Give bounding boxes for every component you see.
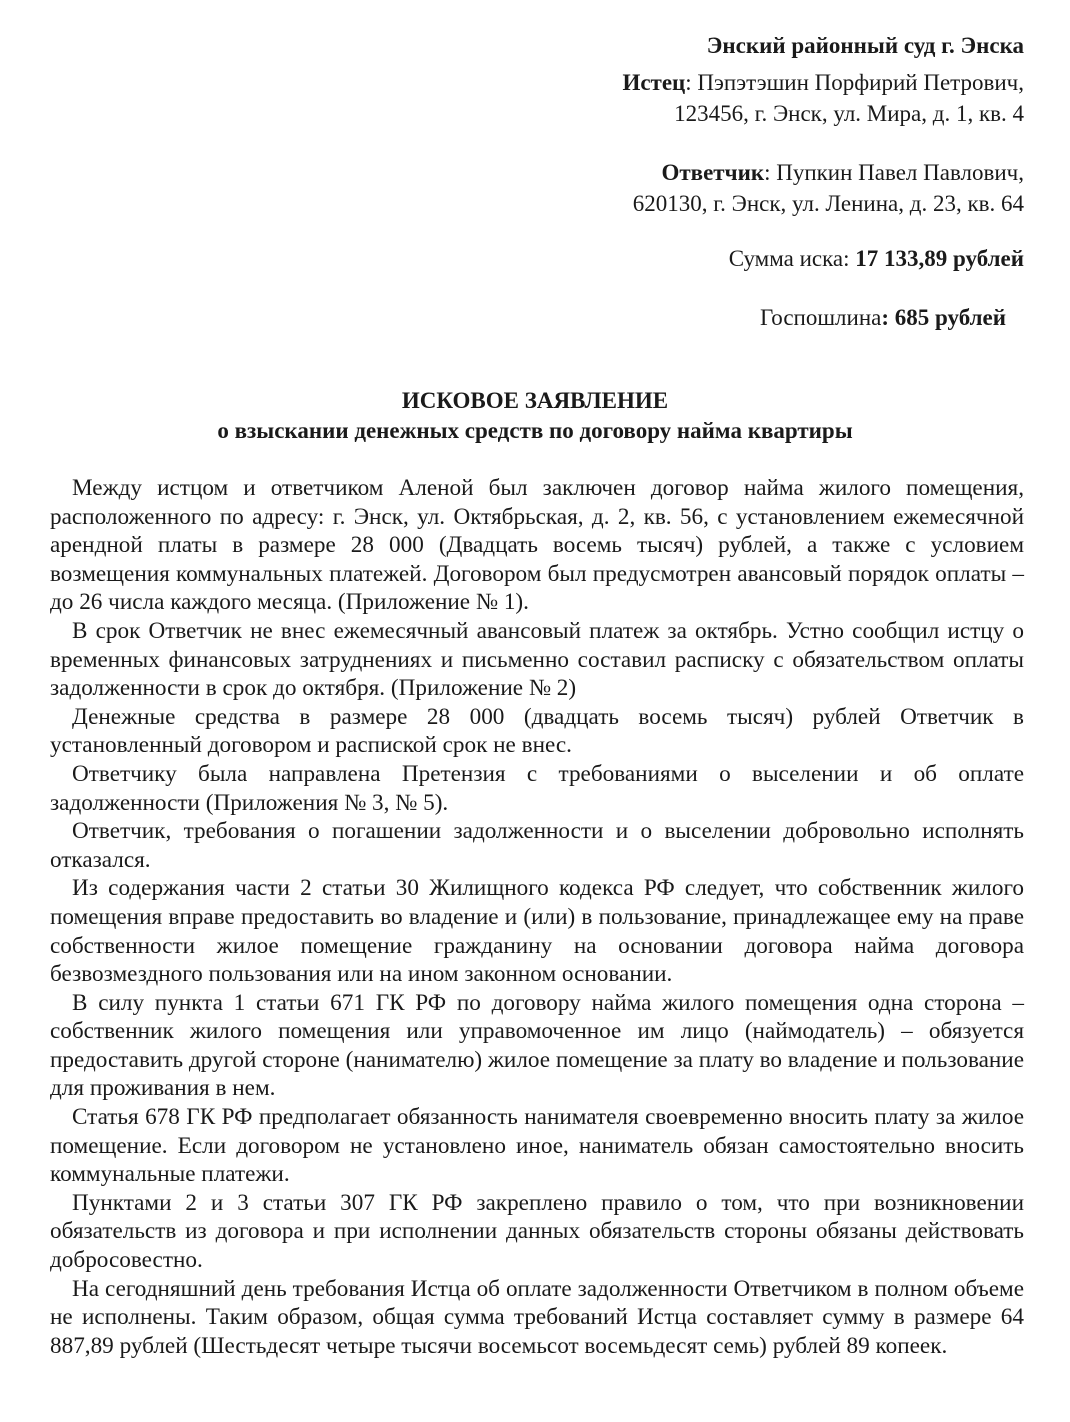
paragraph: На сегодняшний день требования Истца об … bbox=[50, 1275, 1024, 1361]
defendant-name: : Пупкин Павел Павлович, bbox=[764, 160, 1024, 185]
paragraph: Между истцом и ответчиком Аленой был зак… bbox=[50, 474, 1024, 617]
title-subtitle: о взыскании денежных средств по договору… bbox=[0, 416, 1070, 446]
document-header: Энский районный суд г. Энска Истец: Пэпэ… bbox=[424, 30, 1024, 333]
claim-sum-value: 17 133,89 рублей bbox=[855, 246, 1024, 271]
plaintiff-line: Истец: Пэпэтэшин Порфирий Петрович, bbox=[424, 67, 1024, 98]
paragraph: Ответчик, требования о погашении задолже… bbox=[50, 817, 1024, 874]
paragraph: Денежные средства в размере 28 000 (двад… bbox=[50, 703, 1024, 760]
plaintiff-name: : Пэпэтэшин Порфирий Петрович, bbox=[685, 70, 1024, 95]
title-main: ИСКОВОЕ ЗАЯВЛЕНИЕ bbox=[0, 386, 1070, 416]
paragraph: В силу пункта 1 статьи 671 ГК РФ по дого… bbox=[50, 989, 1024, 1103]
fee-line: Госпошлина: 685 рублей bbox=[424, 302, 1024, 333]
claim-sum-line: Сумма иска: 17 133,89 рублей bbox=[424, 243, 1024, 274]
plaintiff-label: Истец bbox=[622, 70, 685, 95]
fee-label: Госпошлина bbox=[760, 305, 881, 330]
defendant-address: 620130, г. Энск, ул. Ленина, д. 23, кв. … bbox=[424, 188, 1024, 219]
court-name: Энский районный суд г. Энска bbox=[424, 30, 1024, 61]
paragraph: В срок Ответчик не внес ежемесячный аван… bbox=[50, 617, 1024, 703]
paragraph: Ответчику была направлена Претензия с тр… bbox=[50, 760, 1024, 817]
fee-value: : 685 рублей bbox=[881, 305, 1006, 330]
paragraph: Пунктами 2 и 3 статьи 307 ГК РФ закрепле… bbox=[50, 1189, 1024, 1275]
plaintiff-address: 123456, г. Энск, ул. Мира, д. 1, кв. 4 bbox=[424, 98, 1024, 129]
paragraph: Из содержания части 2 статьи 30 Жилищног… bbox=[50, 874, 1024, 988]
defendant-label: Ответчик bbox=[661, 160, 764, 185]
paragraph: Статья 678 ГК РФ предполагает обязанност… bbox=[50, 1103, 1024, 1189]
document-title: ИСКОВОЕ ЗАЯВЛЕНИЕ о взыскании денежных с… bbox=[0, 386, 1070, 446]
document-body: Между истцом и ответчиком Аленой был зак… bbox=[50, 474, 1024, 1360]
claim-sum-label: Сумма иска: bbox=[729, 246, 856, 271]
defendant-line: Ответчик: Пупкин Павел Павлович, bbox=[424, 157, 1024, 188]
